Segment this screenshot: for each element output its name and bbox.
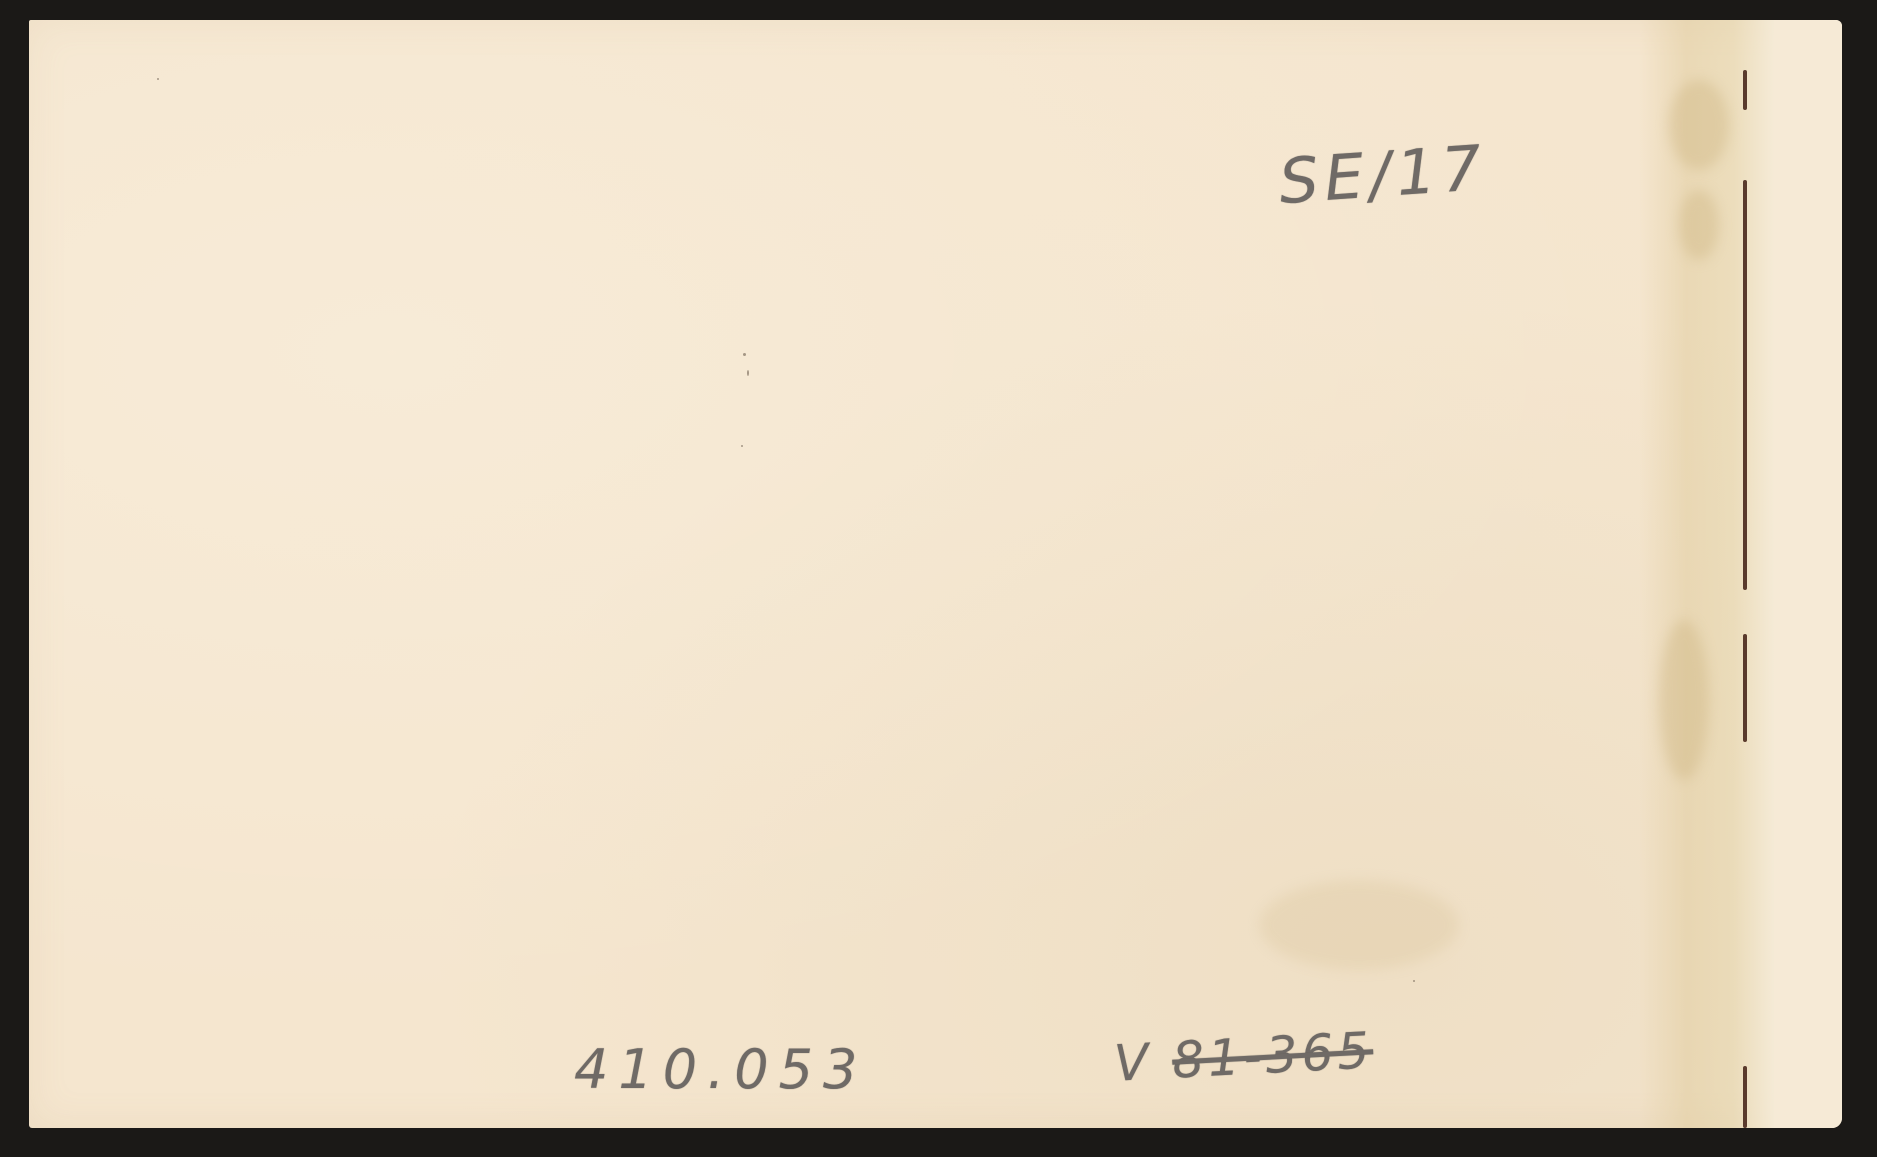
binding-perforation — [1743, 634, 1747, 742]
stain-blot — [1679, 190, 1719, 260]
paper-speck — [747, 370, 749, 376]
annotation-text: SE/17 — [1277, 131, 1490, 218]
paper-speck — [157, 78, 159, 80]
pencil-annotation-bottom-right: V 81-365 — [1113, 1021, 1375, 1092]
pencil-annotation-top-right: SE/17 — [1277, 131, 1490, 218]
binding-perforation — [1743, 180, 1747, 590]
stain-strip — [1639, 20, 1774, 1128]
scan-background: SE/17 410.053 V 81-365 — [0, 0, 1877, 1157]
binding-perforation — [1743, 1066, 1747, 1128]
paper-speck — [1413, 980, 1415, 982]
stain-blot — [1669, 80, 1729, 170]
paper-speck — [741, 445, 743, 447]
stain-blot — [1259, 880, 1459, 970]
struck-through-text: 81-365 — [1171, 1021, 1375, 1089]
binding-perforation — [1743, 70, 1747, 110]
binding-strip — [1774, 20, 1842, 1128]
pencil-annotation-bottom-center: 410.053 — [574, 1038, 867, 1101]
paper-card: SE/17 410.053 V 81-365 — [29, 20, 1842, 1128]
stain-blot — [1659, 620, 1709, 780]
annotation-prefix: V — [1113, 1033, 1154, 1093]
paper-speck — [743, 353, 746, 356]
annotation-text: 410.053 — [574, 1038, 867, 1101]
